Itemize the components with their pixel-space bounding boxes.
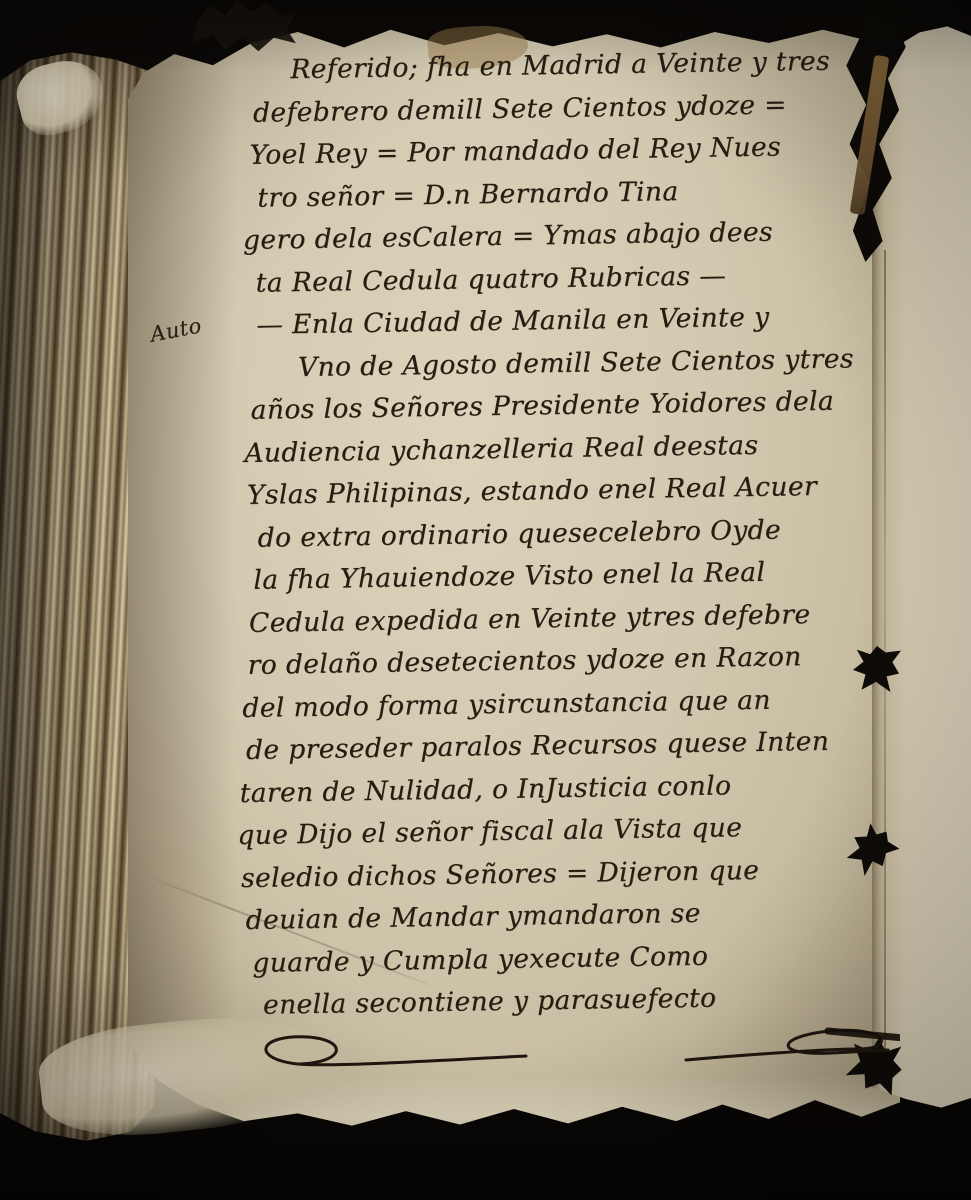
flourish-rules	[128, 1008, 900, 1098]
manuscript-photo: Auto Referido; fha en Madrid a Veinte y …	[0, 0, 971, 1200]
flourish-accent-stroke	[828, 1031, 900, 1041]
flourish-rule-left	[266, 1037, 526, 1065]
manuscript-text: Referido; fha en Madrid a Veinte y tres …	[238, 40, 908, 1028]
